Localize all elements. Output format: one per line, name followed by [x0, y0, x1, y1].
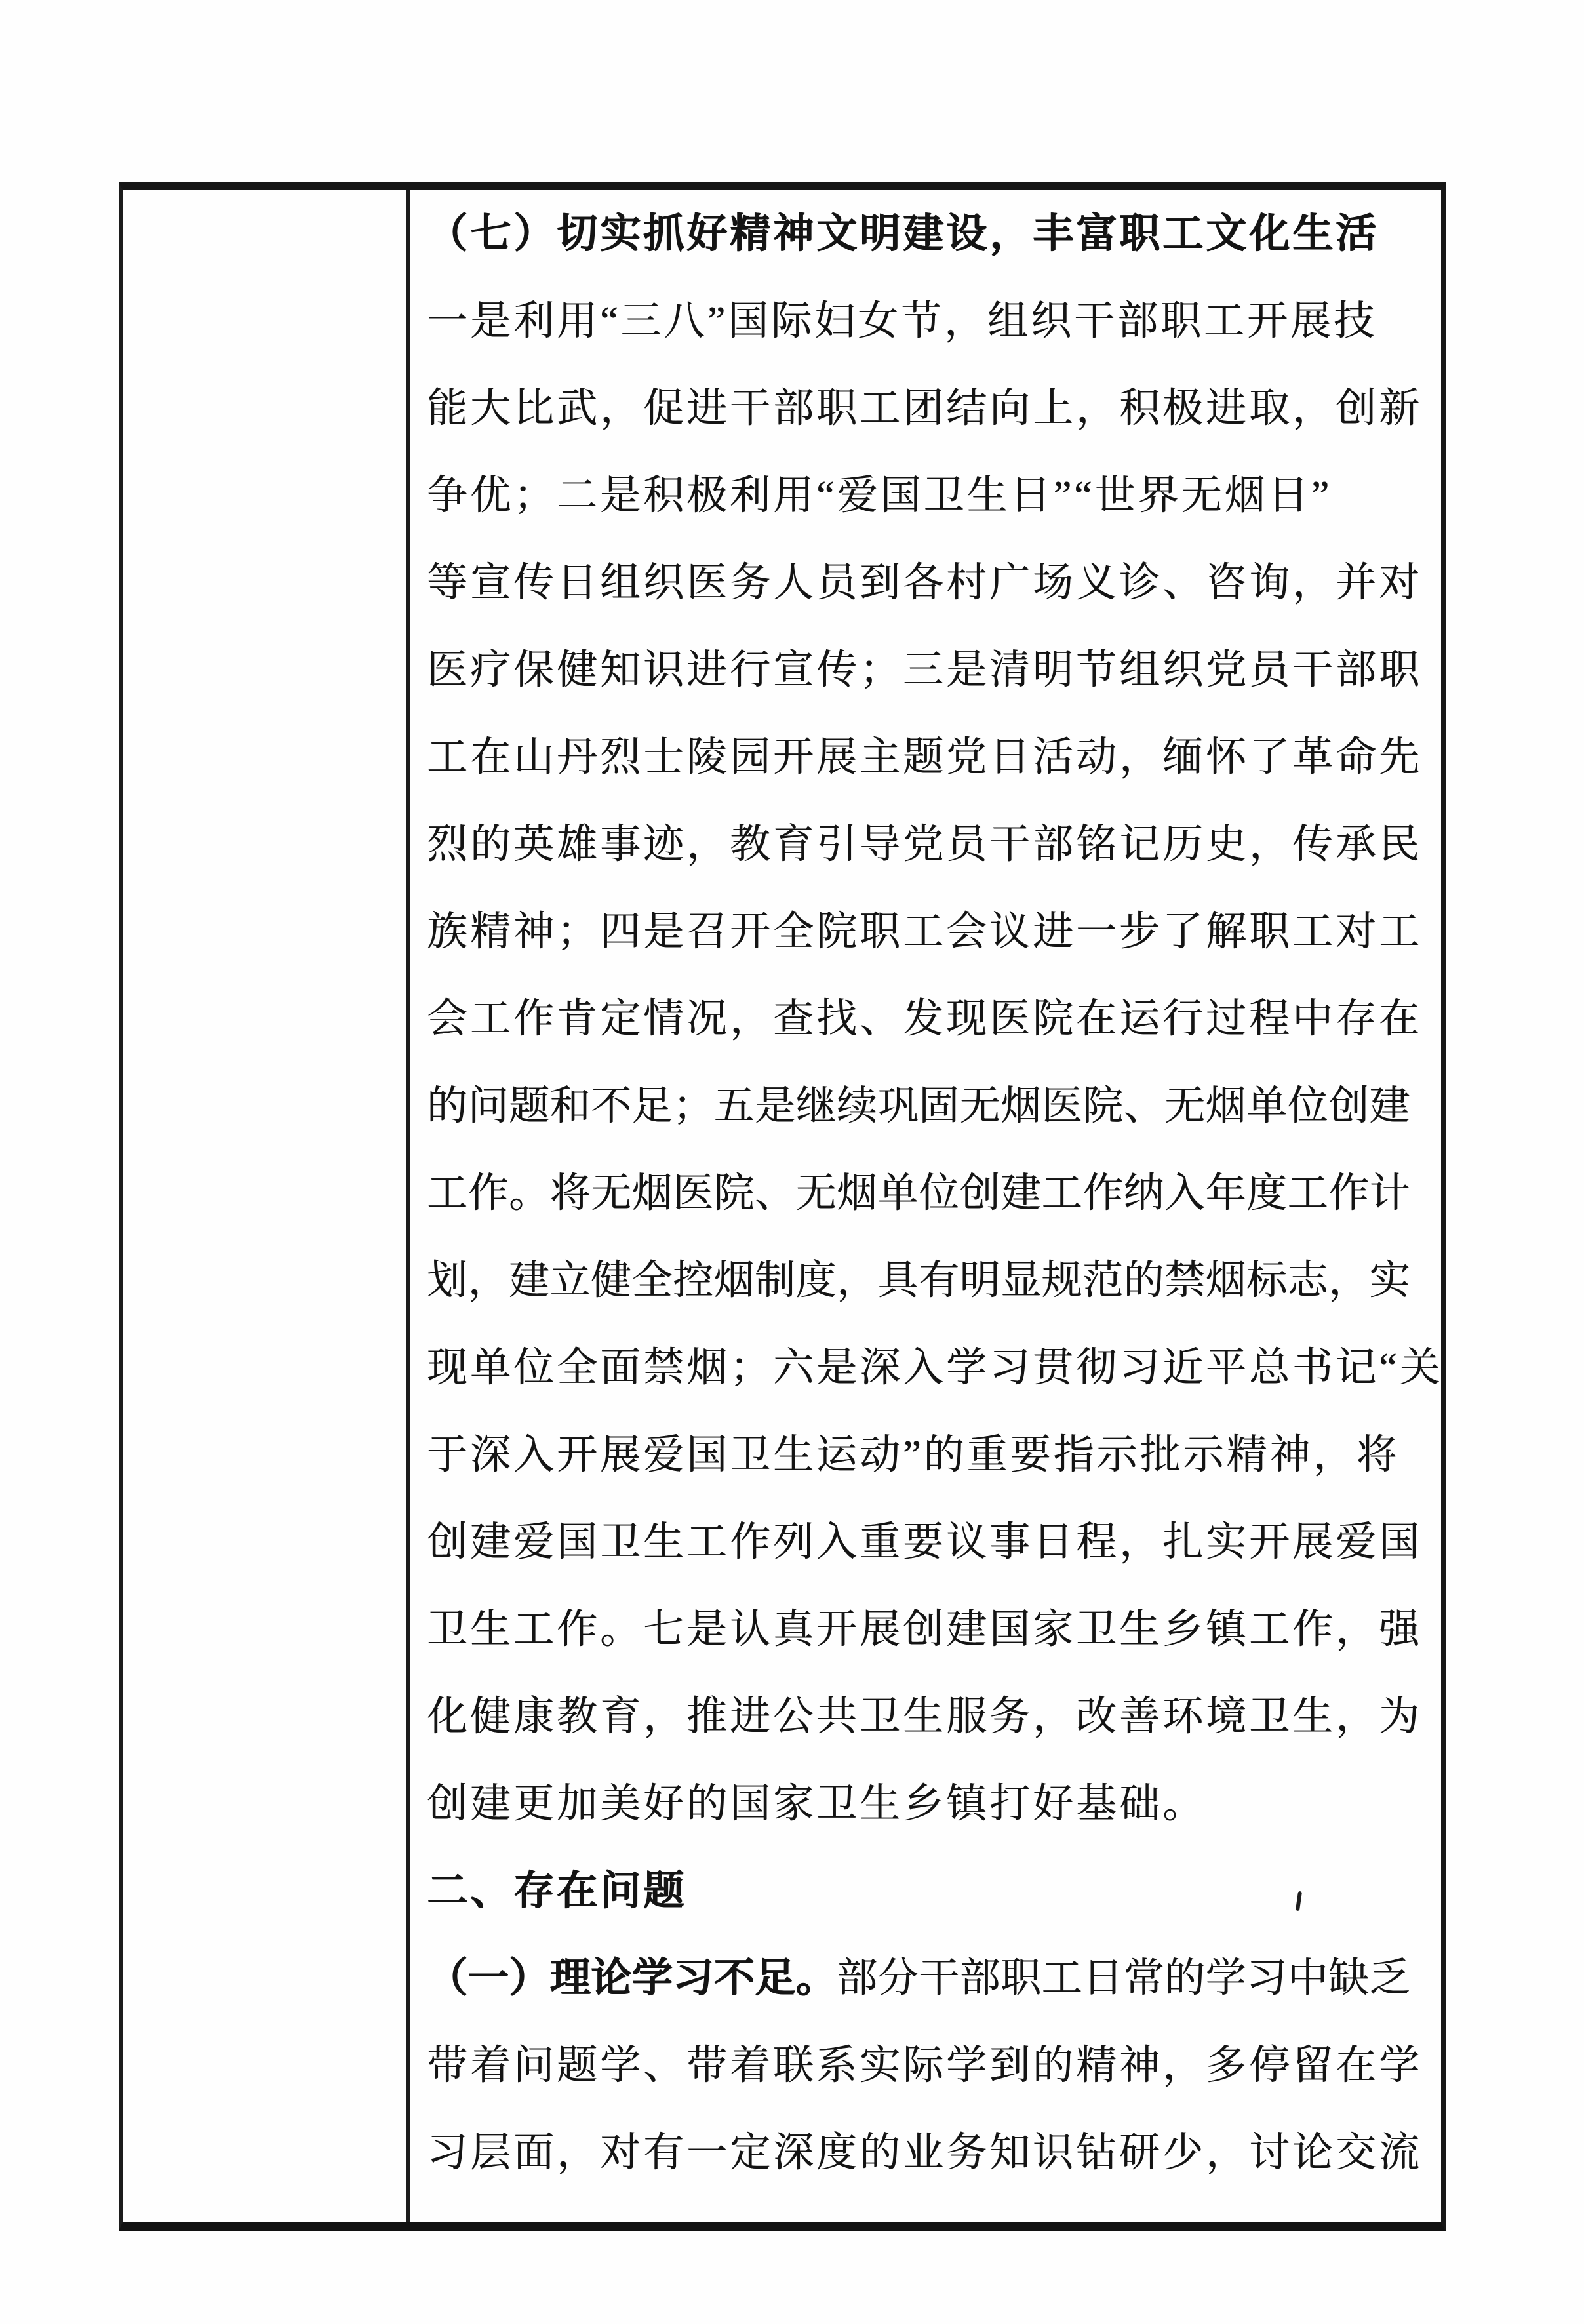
- document-table: （七）切实抓好精神文明建设，丰富职工文化生活 一是利用“三八”国际妇女节，组织干…: [119, 182, 1446, 2231]
- text-line: 的问题和不足；五是继续巩固无烟医院、无烟单位创建: [427, 1063, 1435, 1150]
- text-line: 创建更加美好的国家卫生乡镇打好基础。: [427, 1761, 1435, 1848]
- problem-1-line: （一）理论学习不足。部分干部职工日常的学习中缺乏: [427, 1935, 1435, 2022]
- section-7-heading: （七）切实抓好精神文明建设，丰富职工文化生活: [427, 191, 1435, 278]
- text-line: 现单位全面禁烟；六是深入学习贯彻习近平总书记“关: [427, 1325, 1435, 1412]
- text-line: 族精神；四是召开全院职工会议进一步了解职工对工: [427, 889, 1435, 976]
- text-line: 等宣传日组织医务人员到各村广场义诊、咨询，并对: [427, 540, 1435, 627]
- text-line: 习层面，对有一定深度的业务知识钻研少，讨论交流: [427, 2110, 1435, 2197]
- table-left-cell: [123, 190, 410, 2222]
- text-line: 于深入开展爱国卫生运动”的重要指示批示精神，将: [427, 1412, 1435, 1499]
- text-line: 带着问题学、带着联系实际学到的精神，多停留在学: [427, 2022, 1435, 2110]
- text-line: 卫生工作。七是认真开展创建国家卫生乡镇工作，强: [427, 1586, 1435, 1673]
- problem-1-text: 部分干部职工日常的学习中缺乏: [837, 1956, 1410, 2001]
- text-line: 能大比武，促进干部职工团结向上，积极进取，创新: [427, 365, 1435, 452]
- text-line: 划，建立健全控烟制度，具有明显规范的禁烟标志，实: [427, 1237, 1435, 1325]
- text-line: 化健康教育，推进公共卫生服务，改善环境卫生，为: [427, 1673, 1435, 1761]
- text-line: 烈的英雄事迹，教育引导党员干部铭记历史，传承民: [427, 801, 1435, 889]
- problems-section-heading: 二、存在问题: [427, 1848, 1435, 1935]
- text-line: 工作。将无烟医院、无烟单位创建工作纳入年度工作计: [427, 1150, 1435, 1237]
- text-line: 医疗保健知识进行宣传；三是清明节组织党员干部职: [427, 627, 1435, 714]
- text-line: 一是利用“三八”国际妇女节，组织干部职工开展技: [427, 278, 1435, 365]
- text-line: 会工作肯定情况，查找、发现医院在运行过程中存在: [427, 976, 1435, 1063]
- table-content-cell: （七）切实抓好精神文明建设，丰富职工文化生活 一是利用“三八”国际妇女节，组织干…: [410, 190, 1441, 2222]
- scanned-document-page: （七）切实抓好精神文明建设，丰富职工文化生活 一是利用“三八”国际妇女节，组织干…: [0, 0, 1584, 2324]
- text-line: 创建爱国卫生工作列入重要议事日程，扎实开展爱国: [427, 1499, 1435, 1586]
- text-line: 工在山丹烈士陵园开展主题党日活动，缅怀了革命先: [427, 714, 1435, 801]
- problem-1-label: （一）理论学习不足。: [427, 1956, 837, 2001]
- text-line: 争优；二是积极利用“爱国卫生日”“世界无烟日”: [427, 452, 1435, 540]
